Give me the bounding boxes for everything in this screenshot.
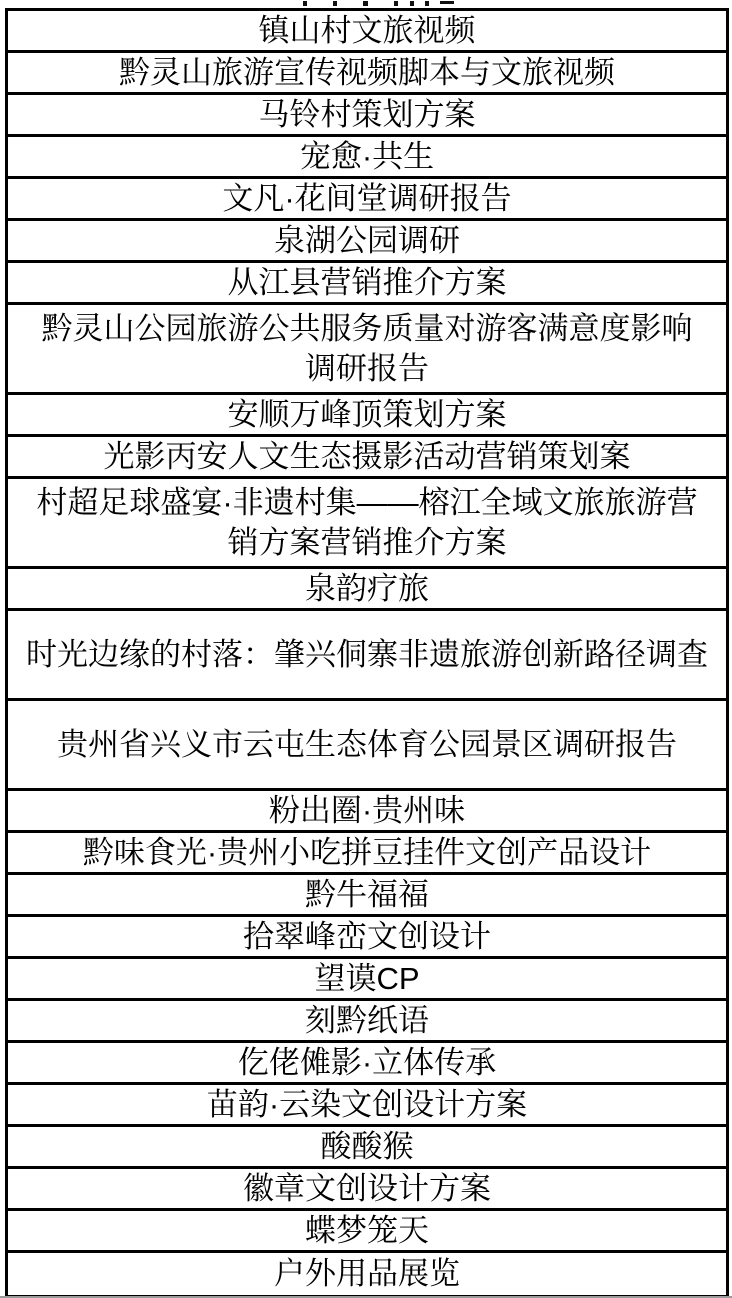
- clipped-row-fragments: [0, 0, 732, 7]
- stroke-fragment: [425, 1, 429, 6]
- row-title: 黔灵山公园旅游公共服务质量对游客满意度影响调研报告: [37, 309, 697, 389]
- table-row: 仡佬傩影·立体传承: [8, 1043, 726, 1085]
- row-title: 从江县营销推介方案: [228, 263, 507, 303]
- table-row: 马铃村策划方案: [8, 95, 726, 137]
- row-title: 文凡·花间堂调研报告: [222, 179, 511, 219]
- row-title: 时光边缘的村落：肇兴侗寨非遗旅游创新路径调查: [26, 635, 708, 675]
- table-row: 宠愈·共生: [8, 137, 726, 179]
- row-title: 拾翠峰峦文创设计: [243, 917, 491, 957]
- table-row: 徽章文创设计方案: [8, 1169, 726, 1211]
- table-row: 望谟CP: [8, 959, 726, 1001]
- table-row: 蝶梦笼天: [8, 1211, 726, 1253]
- table-row: 文凡·花间堂调研报告: [8, 179, 726, 221]
- row-title: 黔味食光·贵州小吃拼豆挂件文创产品设计: [83, 833, 651, 873]
- row-title: 望谟CP: [314, 959, 419, 999]
- table-row: 黔牛福福: [8, 875, 726, 917]
- row-title: 刻黔纸语: [305, 1001, 429, 1041]
- row-title: 苗韵·云染文创设计方案: [207, 1085, 527, 1125]
- row-title: 泉湖公园调研: [274, 221, 460, 261]
- table-row: 刻黔纸语: [8, 1001, 726, 1043]
- stroke-fragment: [410, 1, 414, 6]
- row-title: 光影丙安人文生态摄影活动营销策划案: [104, 437, 631, 477]
- table-row: 苗韵·云染文创设计方案: [8, 1085, 726, 1127]
- table-row: 酸酸猴: [8, 1127, 726, 1169]
- table-row: 从江县营销推介方案: [8, 263, 726, 305]
- table-row: 泉韵疗旅: [8, 569, 726, 611]
- table-row: 时光边缘的村落：肇兴侗寨非遗旅游创新路径调查: [8, 611, 726, 701]
- table-row: 拾翠峰峦文创设计: [8, 917, 726, 959]
- table-row: 光影丙安人文生态摄影活动营销策划案: [8, 437, 726, 479]
- table-row: 粉出圈·贵州味: [8, 791, 726, 833]
- row-title: 酸酸猴: [321, 1127, 414, 1167]
- stroke-fragment: [440, 1, 454, 4]
- table-row: 黔味食光·贵州小吃拼豆挂件文创产品设计: [8, 833, 726, 875]
- table-row: 黔灵山公园旅游公共服务质量对游客满意度影响调研报告: [8, 305, 726, 395]
- row-title: 黔牛福福: [305, 875, 429, 915]
- stroke-fragment: [333, 1, 337, 6]
- stroke-fragment: [363, 1, 368, 6]
- row-title: 粉出圈·贵州味: [269, 791, 465, 831]
- row-title: 安顺万峰顶策划方案: [228, 395, 507, 435]
- row-title: 贵州省兴义市云屯生态体育公园景区调研报告: [57, 725, 677, 765]
- table-row: 镇山村文旅视频: [8, 11, 726, 53]
- stroke-fragment: [394, 1, 398, 6]
- row-title: 户外用品展览: [274, 1254, 460, 1294]
- table-row: 黔灵山旅游宣传视频脚本与文旅视频: [8, 53, 726, 95]
- row-title: 仡佬傩影·立体传承: [238, 1043, 496, 1083]
- table-row: 村超足球盛宴·非遗村集——榕江全域文旅旅游营销方案营销推介方案: [8, 479, 726, 569]
- row-title: 黔灵山旅游宣传视频脚本与文旅视频: [119, 53, 615, 93]
- row-title: 马铃村策划方案: [259, 95, 476, 135]
- row-title: 村超足球盛宴·非遗村集——榕江全域文旅旅游营销方案营销推介方案: [22, 483, 712, 563]
- row-title: 镇山村文旅视频: [259, 11, 476, 51]
- row-title: 蝶梦笼天: [305, 1211, 429, 1251]
- table-row: 泉湖公园调研: [8, 221, 726, 263]
- titles-table: 镇山村文旅视频黔灵山旅游宣传视频脚本与文旅视频马铃村策划方案宠愈·共生文凡·花间…: [5, 8, 729, 1298]
- row-title: 徽章文创设计方案: [243, 1169, 491, 1209]
- table-row: 安顺万峰顶策划方案: [8, 395, 726, 437]
- table-row: 贵州省兴义市云屯生态体育公园景区调研报告: [8, 701, 726, 791]
- table-row: 户外用品展览: [8, 1253, 726, 1295]
- row-title: 宠愈·共生: [300, 137, 434, 177]
- stroke-fragment: [303, 1, 307, 6]
- row-title: 泉韵疗旅: [305, 569, 429, 609]
